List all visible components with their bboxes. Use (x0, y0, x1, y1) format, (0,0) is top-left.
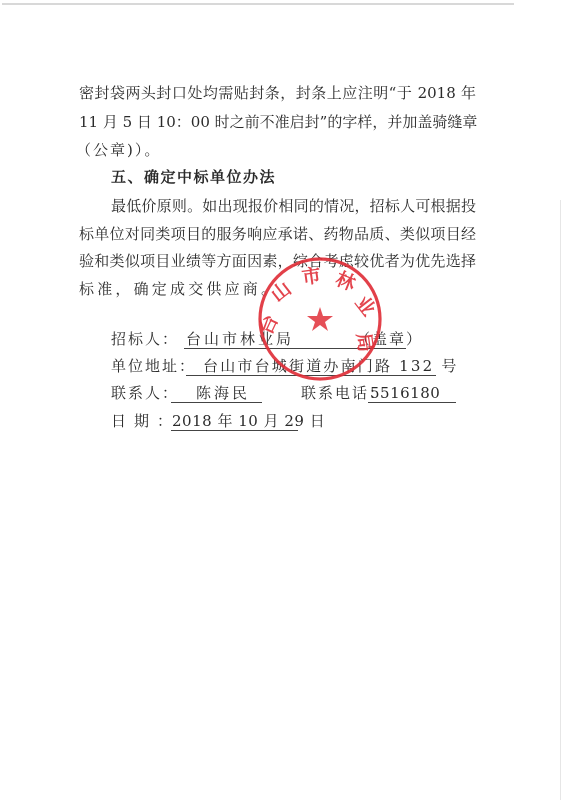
section-heading: 五、确定中标单位办法 (111, 168, 276, 186)
paragraph-line: 11 月 5 日 10：00 时之前不准启封”的字样，并加盖骑缝章 (79, 113, 476, 131)
address-label: 单位地址： (111, 357, 196, 375)
date-label: 日期： (111, 412, 180, 430)
paragraph-line: （公章)）。 (76, 141, 161, 159)
phone-underline (368, 402, 456, 403)
date-value: 2018 年 10 月 29 日 (172, 412, 325, 430)
date-underline (171, 430, 298, 431)
contact-label: 联系人： (111, 384, 179, 402)
scan-right-edge (560, 200, 561, 800)
svg-text:局: 局 (352, 332, 376, 354)
svg-text:市: 市 (300, 264, 322, 289)
contact-underline (171, 402, 262, 403)
section-body-line: 标单位对同类项目的服务响应承诺、药物品质、类似项目经 (79, 225, 476, 243)
scan-top-edge (2, 3, 514, 5)
section-body-line: 标准，确定成交供应商。 (79, 280, 279, 298)
paragraph-line: 密封袋两头封口处均需贴封条，封条上应注明“于 2018 年 (79, 84, 476, 102)
tenderer-label: 招标人： (111, 330, 179, 348)
section-body-line: 最低价原则。如出现报价相同的情况，招标人可根据投 (111, 197, 476, 215)
phone-value: 5516180 (370, 384, 440, 402)
contact-value: 陈海民 (196, 384, 250, 402)
official-seal-stamp: 台 山 市 林 业 局 (256, 255, 384, 383)
